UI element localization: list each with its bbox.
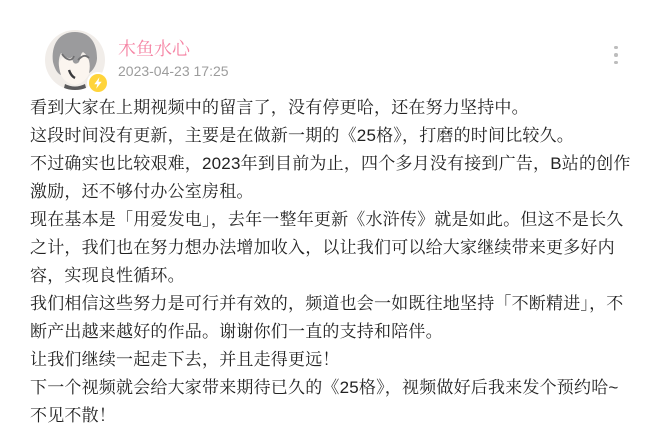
post-text-line: 我们相信这些努力是可行并有效的，频道也会一如既往地坚持「不断精进」，不 <box>30 290 638 318</box>
post-text-line: 看到大家在上期视频中的留言了，没有停更哈，还在努力坚持中。 <box>30 94 638 122</box>
post-card: 木鱼水心 2023-04-23 17:25 看到大家在上期视频中的留言了，没有停… <box>0 0 648 427</box>
lightning-icon <box>89 74 107 92</box>
more-options-icon[interactable] <box>606 42 626 68</box>
post-text-line: 下一个视频就会给大家带来期待已久的《25格》，视频做好后我来发个预约哈~ <box>30 374 638 402</box>
post-text-line: 激励，还不够付办公室房租。 <box>30 178 638 206</box>
post-text-line: 不过确实也比较艰难，2023年到目前为止，四个多月没有接到广告，B站的创作 <box>30 150 638 178</box>
author-name[interactable]: 木鱼水心 <box>118 38 229 60</box>
post-text-line: 不见不散！ <box>30 402 638 427</box>
post-text-line: 现在基本是「用爱发电」，去年一整年更新《水浒传》就是如此。但这不是长久 <box>30 206 638 234</box>
post-text-line: 容，实现良性循环。 <box>30 262 638 290</box>
avatar[interactable] <box>45 30 105 90</box>
post-content: 看到大家在上期视频中的留言了，没有停更哈，还在努力坚持中。 这段时间没有更新，主… <box>0 94 648 427</box>
post-text-line: 断产出越来越好的作品。谢谢你们一直的支持和陪伴。 <box>30 318 638 346</box>
post-text-line: 之计，我们也在努力想办法增加收入，以让我们可以给大家继续带来更多好内 <box>30 234 638 262</box>
post-text-line: 让我们继续一起走下去，并且走得更远！ <box>30 346 638 374</box>
post-text-line: 这段时间没有更新，主要是在做新一期的《25格》，打磨的时间比较久。 <box>30 122 638 150</box>
post-header: 木鱼水心 2023-04-23 17:25 <box>0 0 648 90</box>
author-block: 木鱼水心 2023-04-23 17:25 <box>118 30 229 80</box>
post-timestamp: 2023-04-23 17:25 <box>118 62 229 80</box>
